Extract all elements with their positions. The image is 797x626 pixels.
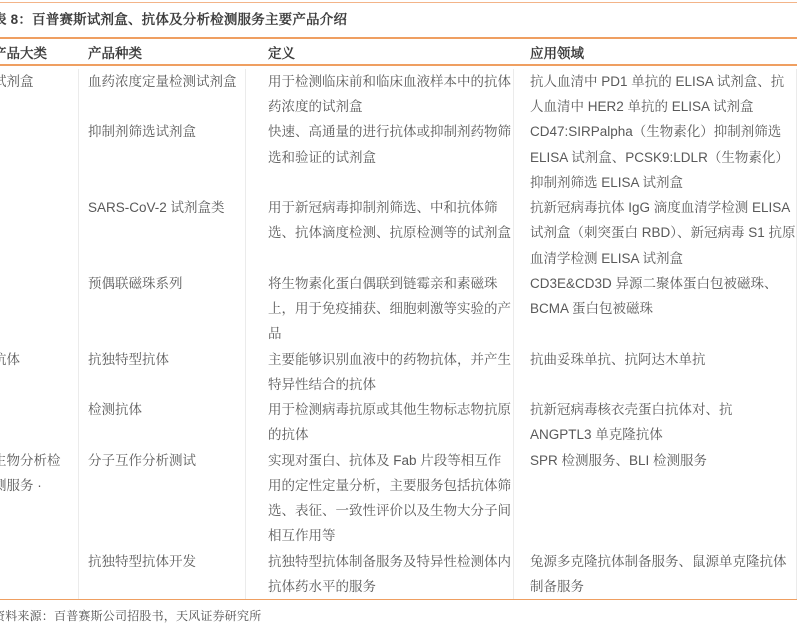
table-row: 抗独特型抗体主要能够识别血液中的药物抗体，并产生特异性结合的抗体抗曲妥珠单抗、抗… (79, 347, 797, 397)
application-cell: 抗人血清中 PD1 单抗的 ELISA 试剂盒、抗人血清中 HER2 单抗的 E… (514, 69, 797, 119)
table-row: 抗独特型抗体开发抗独特型抗体制备服务及特异性检测体内抗体药水平的服务兔源多克隆抗… (79, 549, 797, 599)
report-table-page: 表 8：百普赛斯试剂盒、抗体及分析检测服务主要产品介绍 产品大类 产品种类 定义… (0, 2, 797, 624)
table-row: 预偶联磁珠系列将生物素化蛋白偶联到链霉亲和素磁珠上，用于免疫捕获、细胞刺激等实验… (79, 271, 797, 347)
table-title: 表 8：百普赛斯试剂盒、抗体及分析检测服务主要产品介绍 (0, 11, 797, 29)
header-definition: 定义 (246, 42, 514, 62)
definition-cell: 将生物素化蛋白偶联到链霉亲和素磁珠上，用于免疫捕获、细胞刺激等实验的产品 (246, 271, 514, 347)
product-type-cell: 抑制剂筛选试剂盒 (79, 119, 246, 195)
product-type-cell: 血药浓度定量检测试剂盒 (79, 69, 246, 119)
bottom-divider (0, 599, 797, 600)
table-row: 抑制剂筛选试剂盒快速、高通量的进行抗体或抑制剂药物筛选和验证的试剂盒CD47:S… (79, 119, 797, 195)
table-row: 血药浓度定量检测试剂盒用于检测临床前和临床血液样本中的抗体药浓度的试剂盒抗人血清… (79, 69, 797, 119)
definition-cell: 实现对蛋白、抗体及 Fab 片段等相互作用的定性定量分析，主要服务包括抗体筛选、… (246, 448, 514, 549)
application-cell: CD47:SIRPalpha（生物素化）抑制剂筛选 ELISA 试剂盒、PCSK… (514, 119, 797, 195)
application-cell: CD3E&CD3D 异源二聚体蛋白包被磁珠、BCMA 蛋白包被磁珠 (514, 271, 797, 347)
definition-cell: 快速、高通量的进行抗体或抑制剂药物筛选和验证的试剂盒 (246, 119, 514, 195)
definition-cell: 用于检测临床前和临床血液样本中的抗体药浓度的试剂盒 (246, 69, 514, 119)
product-type-cell: 检测抗体 (79, 397, 246, 447)
header-product-type: 产品种类 (79, 42, 246, 62)
table-body: 试剂盒血药浓度定量检测试剂盒用于检测临床前和临床血液样本中的抗体药浓度的试剂盒抗… (0, 66, 797, 599)
top-divider (0, 2, 797, 3)
source-note: 资料来源：百普赛斯公司招股书，天风证券研究所 (0, 607, 797, 624)
product-type-cell: SARS-CoV-2 试剂盒类 (79, 195, 246, 271)
product-type-cell: 预偶联磁珠系列 (79, 271, 246, 347)
category-cell: 生物分析检测服务 · (0, 448, 79, 599)
header-application: 应用领域 (514, 42, 797, 62)
application-cell: 抗曲妥珠单抗、抗阿达木单抗 (514, 347, 797, 397)
application-cell: SPR 检测服务、BLI 检测服务 (514, 448, 797, 549)
table-section: 抗体抗独特型抗体主要能够识别血液中的药物抗体，并产生特异性结合的抗体抗曲妥珠单抗… (0, 347, 797, 448)
product-type-cell: 抗独特型抗体开发 (79, 549, 246, 599)
definition-cell: 用于新冠病毒抑制剂筛选、中和抗体筛选、抗体滴度检测、抗原检测等的试剂盒 (246, 195, 514, 271)
application-cell: 兔源多克隆抗体制备服务、鼠源单克隆抗体制备服务 (514, 549, 797, 599)
product-type-cell: 抗独特型抗体 (79, 347, 246, 397)
table-section: 试剂盒血药浓度定量检测试剂盒用于检测临床前和临床血液样本中的抗体药浓度的试剂盒抗… (0, 69, 797, 347)
definition-cell: 主要能够识别血液中的药物抗体，并产生特异性结合的抗体 (246, 347, 514, 397)
table-row: 分子互作分析测试实现对蛋白、抗体及 Fab 片段等相互作用的定性定量分析，主要服… (79, 448, 797, 549)
table-header-row: 产品大类 产品种类 定义 应用领域 (0, 39, 797, 64)
table-row: 检测抗体用于检测病毒抗原或其他生物标志物抗原的抗体抗新冠病毒核衣壳蛋白抗体对、抗… (79, 397, 797, 447)
definition-cell: 抗独特型抗体制备服务及特异性检测体内抗体药水平的服务 (246, 549, 514, 599)
category-cell: 试剂盒 (0, 69, 79, 347)
category-cell: 抗体 (0, 347, 79, 448)
header-product-category: 产品大类 (0, 42, 79, 62)
product-type-cell: 分子互作分析测试 (79, 448, 246, 549)
table-section: 生物分析检测服务 ·分子互作分析测试实现对蛋白、抗体及 Fab 片段等相互作用的… (0, 448, 797, 599)
definition-cell: 用于检测病毒抗原或其他生物标志物抗原的抗体 (246, 397, 514, 447)
table-row: SARS-CoV-2 试剂盒类用于新冠病毒抑制剂筛选、中和抗体筛选、抗体滴度检测… (79, 195, 797, 271)
application-cell: 抗新冠病毒核衣壳蛋白抗体对、抗 ANGPTL3 单克隆抗体 (514, 397, 797, 447)
application-cell: 抗新冠病毒抗体 IgG 滴度血清学检测 ELISA 试剂盒（刺突蛋白 RBD）、… (514, 195, 797, 271)
